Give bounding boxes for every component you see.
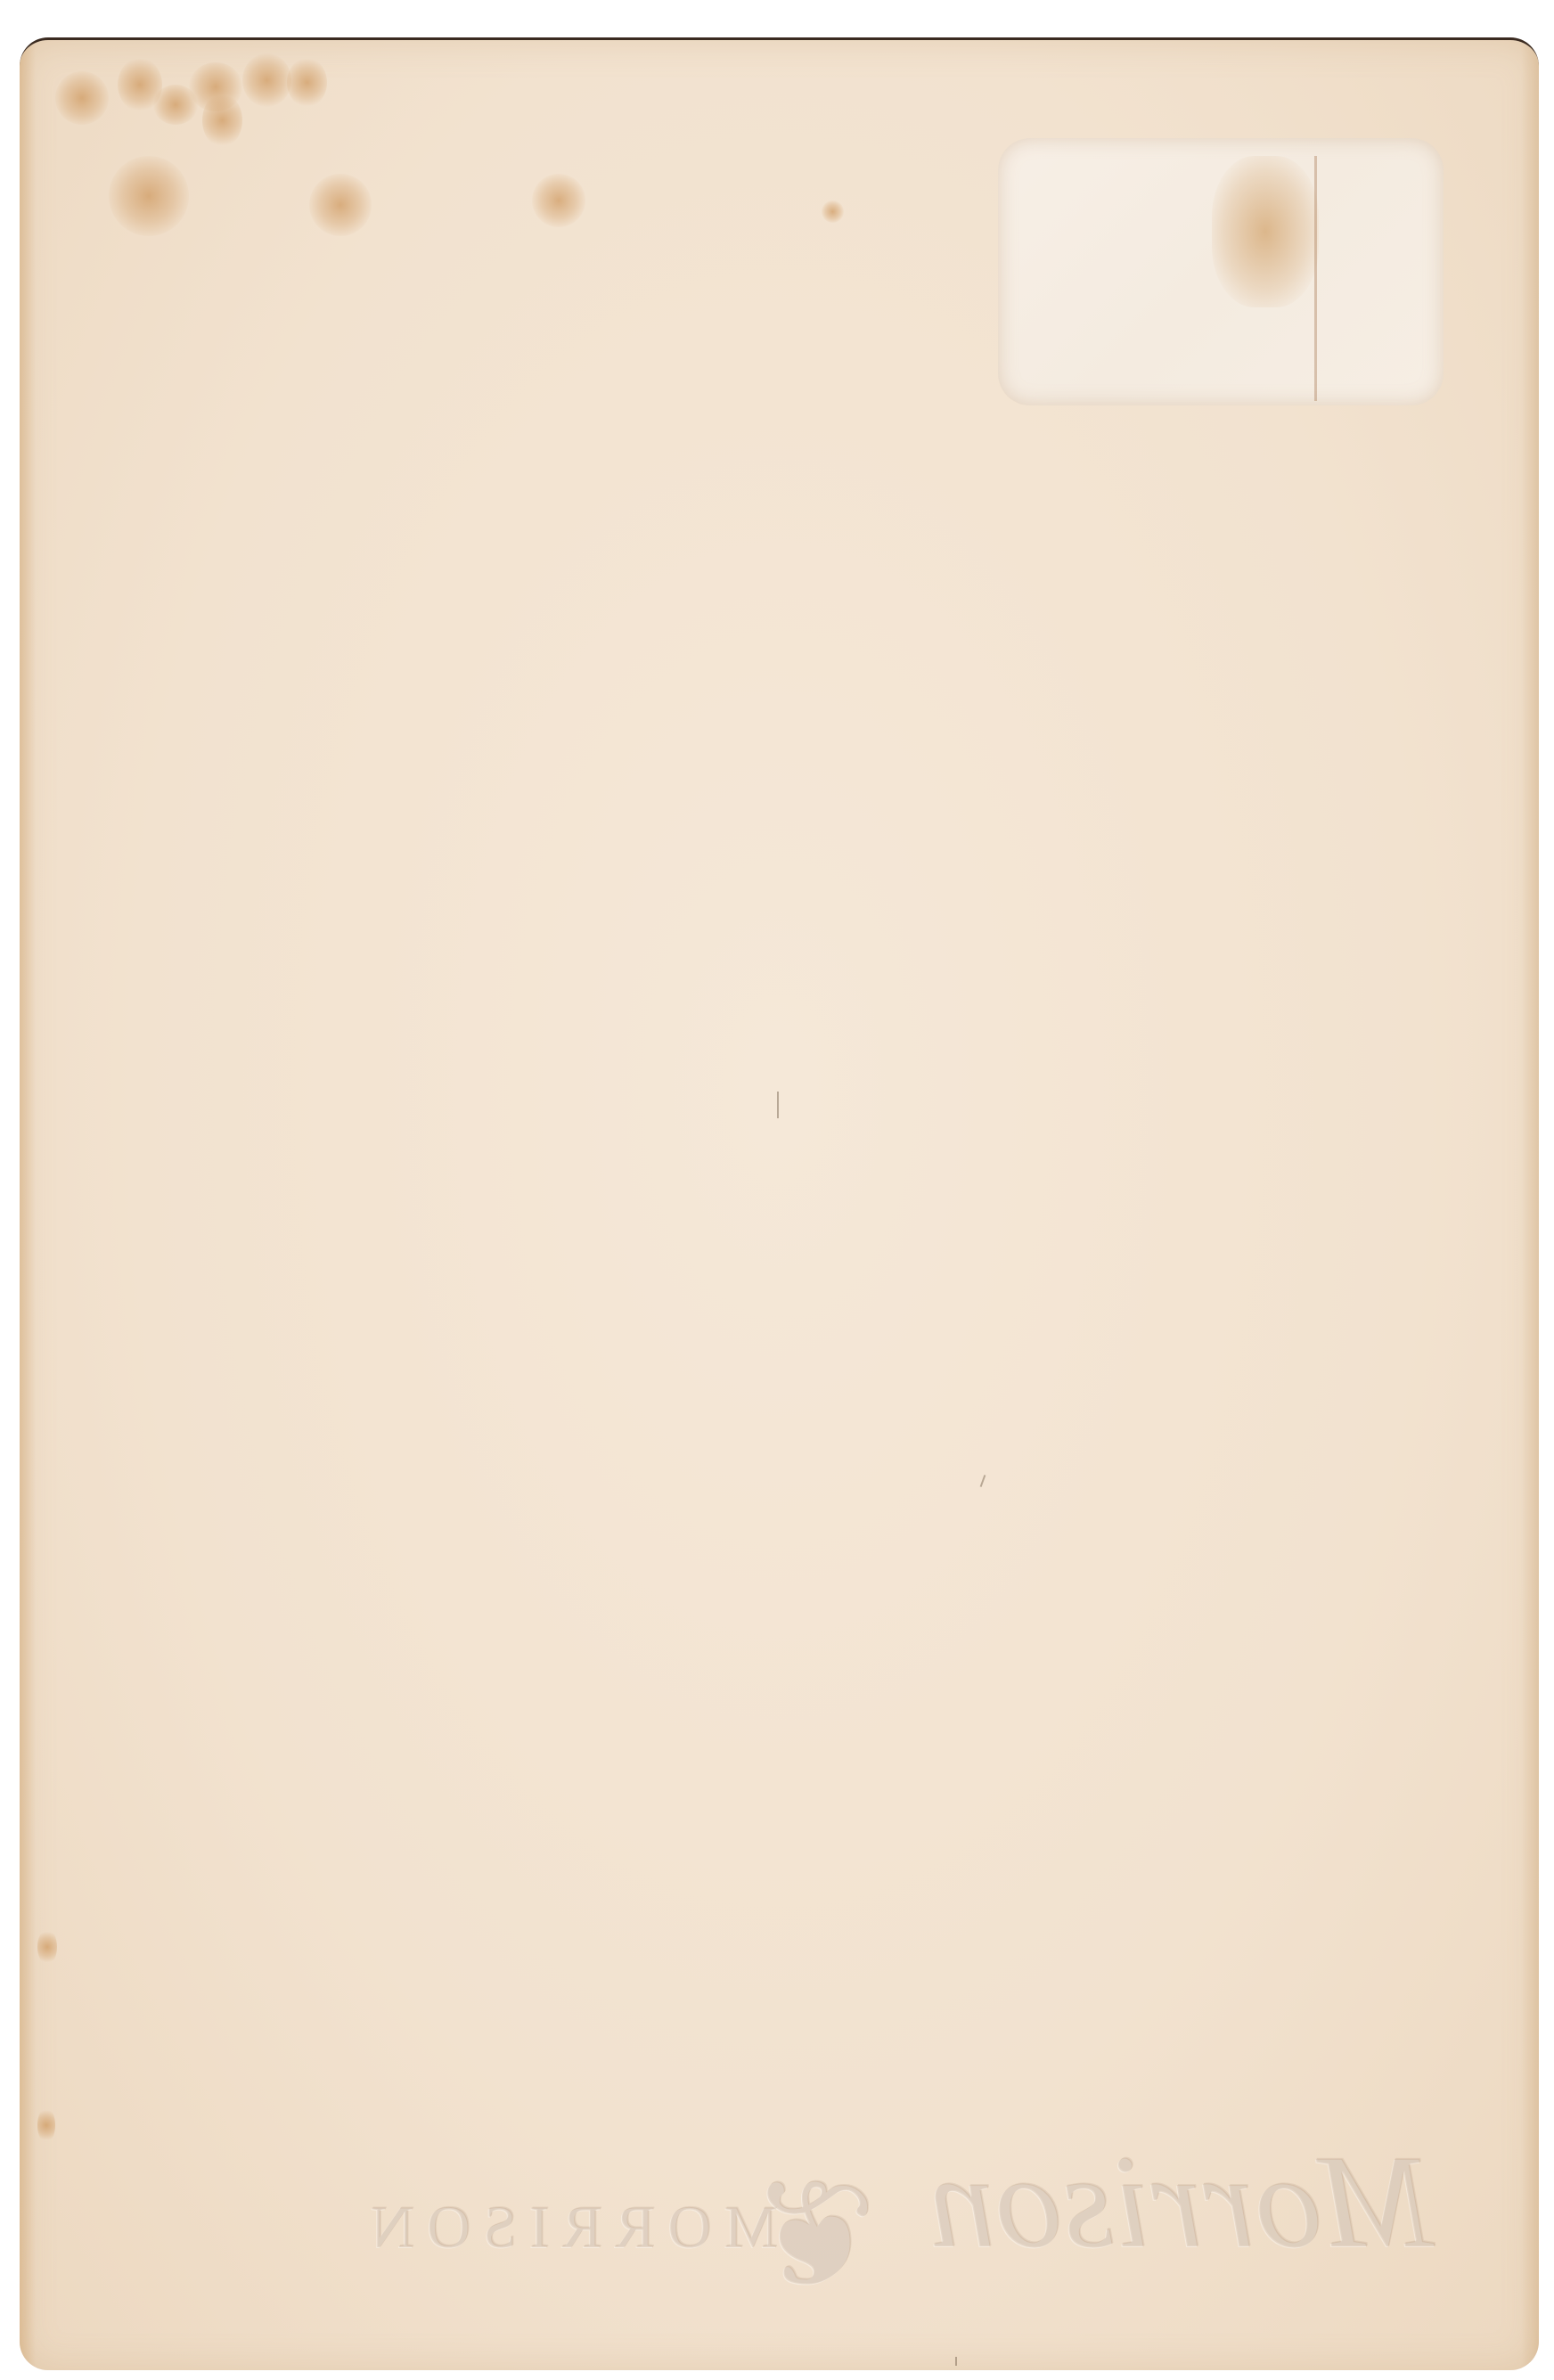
embossed-monogram: ❦ <box>750 2147 877 2324</box>
foxing-spot <box>109 156 189 236</box>
foxing-spot <box>532 174 585 227</box>
embossed-studio-name: MORRISON <box>358 2192 778 2262</box>
stamp-edge-line <box>1314 156 1317 401</box>
foxing-spot <box>822 200 844 223</box>
card-right-edge-discoloration <box>1521 40 1539 2370</box>
scratch-mark <box>777 1092 779 1118</box>
stamp-residue <box>998 138 1444 405</box>
foxing-spot <box>55 71 109 125</box>
foxing-spot <box>37 2107 55 2143</box>
scratch-mark <box>955 2357 957 2366</box>
foxing-spot <box>242 53 291 107</box>
cabinet-card-back: MORRISON ❦ Morrison <box>20 37 1539 2370</box>
rust-stain <box>1212 156 1319 307</box>
foxing-spot <box>37 1929 57 1965</box>
foxing-spot <box>309 174 372 236</box>
foxing-spot <box>287 58 327 107</box>
embossed-signature: Morrison <box>928 2125 1434 2278</box>
foxing-spot <box>202 94 242 147</box>
scratch-mark <box>980 1475 986 1487</box>
card-left-edge-discoloration <box>20 40 36 2370</box>
